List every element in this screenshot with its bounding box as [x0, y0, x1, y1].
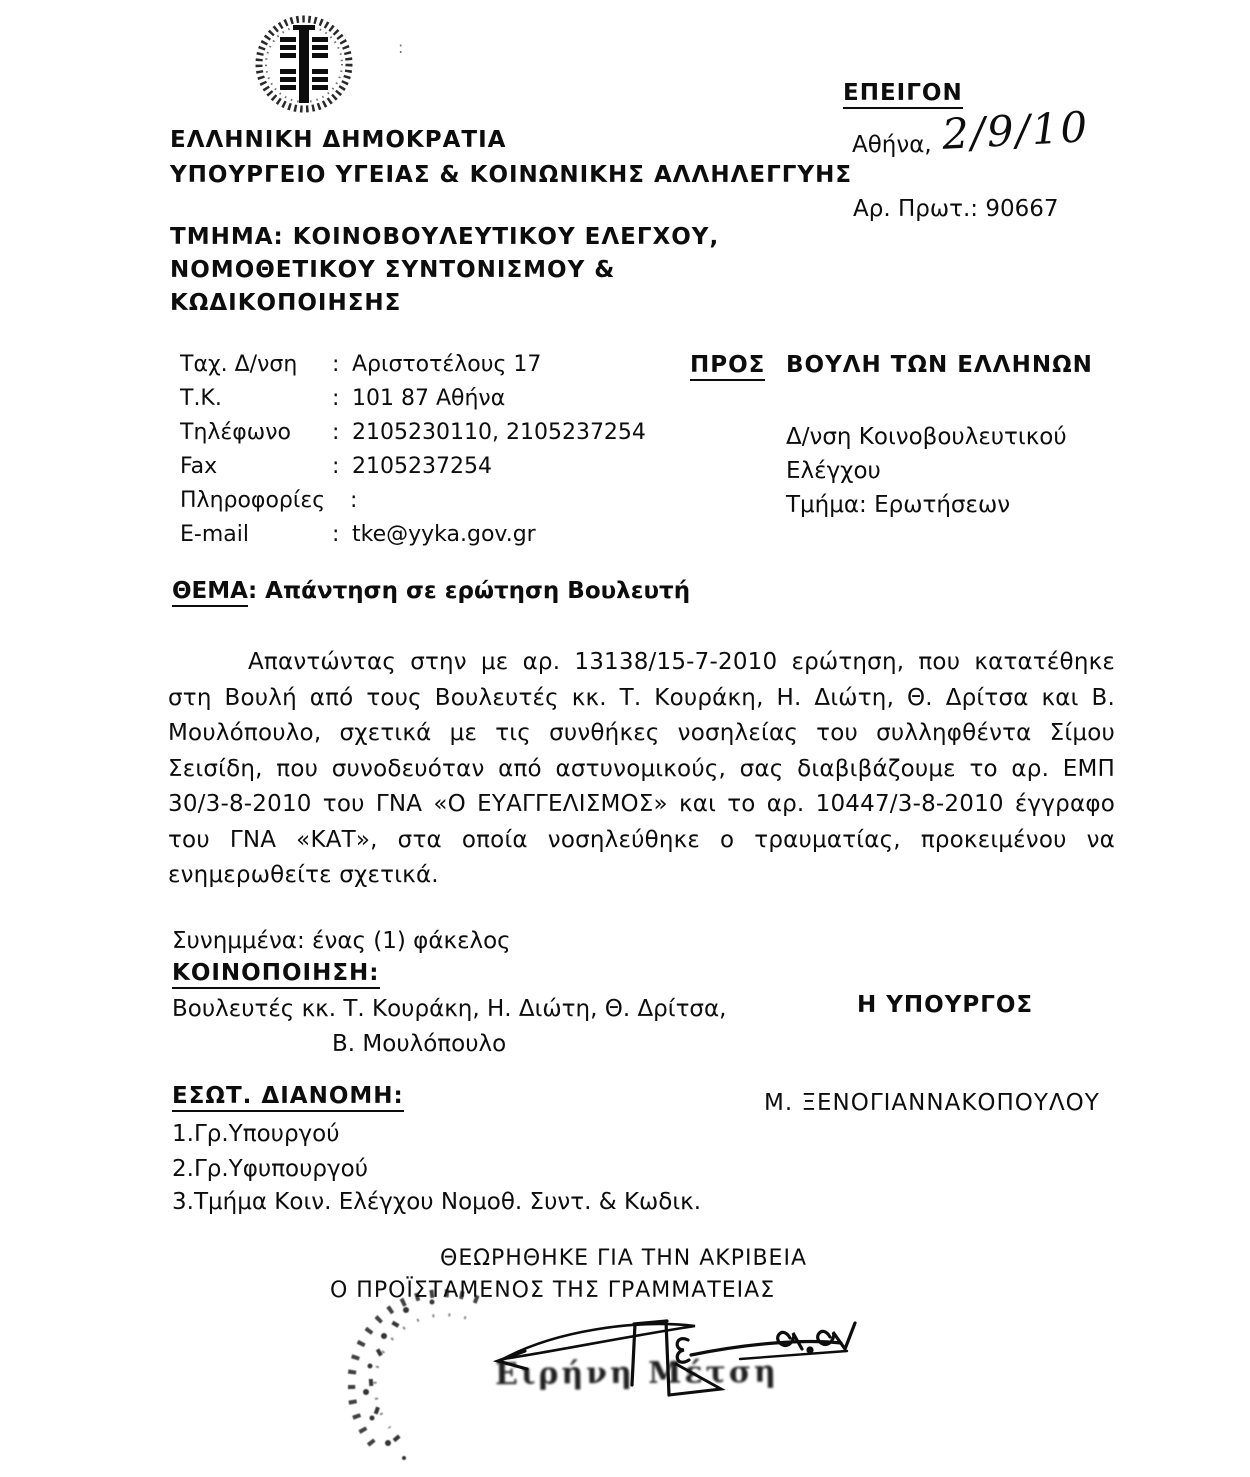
contact-row-phone: Τηλέφωνο:2105230110, 2105237254	[180, 420, 646, 445]
internal-distribution-item: 2.Γρ.Υφυπουργού	[172, 1156, 368, 1182]
contact-label: Ταχ. Δ/νση	[180, 352, 332, 377]
stamp-name: Ειρήνη Μέτση	[495, 1355, 779, 1392]
department-line-3: ΚΩΔΙΚΟΠΟΙΗΣΗΣ	[170, 290, 401, 316]
department-line-2: ΝΟΜΟΘΕΤΙΚΟΥ ΣΥΝΤΟΝΙΣΜΟΥ &	[170, 257, 615, 283]
contact-value: 2105237254	[352, 454, 492, 479]
contact-value: 101 87 Αθήνα	[352, 386, 505, 411]
department-line-1: ΤΜΗΜΑ: ΚΟΙΝΟΒΟΥΛΕΥΤΙΚΟΥ ΕΛΕΓΧΟΥ,	[170, 224, 719, 250]
contact-label: Πληροφορίες	[180, 488, 350, 513]
subject-text: Απάντηση σε ερώτηση Βουλευτή	[265, 578, 690, 604]
contact-label: Τ.Κ.	[180, 386, 332, 411]
attachments-line: Συνημμένα: ένας (1) φάκελος	[172, 928, 511, 954]
scan-artifact: :	[398, 38, 403, 57]
minister-title: Η ΥΠΟΥΡΓΟΣ	[857, 992, 1033, 1018]
contact-row-email: E-mail:tke@yyka.gov.gr	[180, 522, 536, 547]
body-paragraph: Απαντώντας στην με αρ. 13138/15-7-2010 ε…	[168, 645, 1115, 894]
republic-title: ΕΛΛΗΝΙΚΗ ΔΗΜΟΚΡΑΤΙΑ	[170, 127, 506, 153]
handwritten-date: 2/9/10	[941, 102, 1091, 159]
cc-line-2: Β. Μουλόπουλο	[332, 1031, 506, 1057]
round-ink-stamp-icon	[348, 1288, 508, 1473]
ministry-title: ΥΠΟΥΡΓΕΙΟ ΥΓΕΙΑΣ & ΚΟΙΝΩΝΙΚΗΣ ΑΛΛΗΛΕΓΓΥΗ…	[170, 162, 852, 188]
urgency-stamp: ΕΠΕΙΓΟΝ	[843, 80, 963, 109]
protocol-number: 90667	[985, 196, 1058, 222]
city-label: Αθήνα,	[852, 132, 932, 158]
contact-label: E-mail	[180, 522, 332, 547]
contact-row-postcode: Τ.Κ.:101 87 Αθήνα	[180, 386, 505, 411]
to-label: ΠΡΟΣ	[690, 352, 765, 381]
subject-label: ΘΕΜΑ	[172, 578, 248, 607]
cc-line-1: Βουλευτές κκ. Τ. Κουράκη, Η. Διώτη, Θ. Δ…	[172, 996, 726, 1022]
contact-row-info: Πληροφορίες:	[180, 488, 370, 513]
contact-label: Fax	[180, 454, 332, 479]
greek-coat-of-arms-icon	[253, 13, 355, 115]
contact-row-address: Ταχ. Δ/νση:Αριστοτέλους 17	[180, 352, 541, 377]
cc-label: ΚΟΙΝΟΠΟΙΗΣΗ:	[172, 960, 380, 989]
recipient-line-3: Τμήμα: Ερωτήσεων	[786, 492, 1010, 518]
contact-row-fax: Fax:2105237254	[180, 454, 492, 479]
recipient-line-2: Ελέγχου	[786, 458, 881, 484]
contact-value: 2105230110, 2105237254	[352, 420, 646, 445]
contact-label: Τηλέφωνο	[180, 420, 332, 445]
internal-distribution-label: ΕΣΩΤ. ΔΙΑΝΟΜΗ:	[172, 1083, 404, 1112]
handwritten-signature-icon	[485, 1293, 860, 1411]
recipient-name: ΒΟΥΛΗ ΤΩΝ ΕΛΛΗΝΩΝ	[786, 352, 1093, 378]
protocol-line: Αρ. Πρωτ.: 90667	[853, 196, 1059, 222]
internal-distribution-item: 1.Γρ.Υπουργού	[172, 1121, 340, 1147]
minister-name: Μ. ΞΕΝΟΓΙΑΝΝΑΚΟΠΟΥΛΟΥ	[764, 1090, 1100, 1116]
internal-distribution-item: 3.Τμήμα Κοιν. Ελέγχου Νομοθ. Συντ. & Κωδ…	[172, 1189, 701, 1215]
recipient-line-1: Δ/νση Κοινοβουλευτικού	[786, 424, 1067, 450]
subject-line: ΘΕΜΑ: Απάντηση σε ερώτηση Βουλευτή	[172, 578, 690, 604]
contact-value: tke@yyka.gov.gr	[352, 522, 536, 547]
protocol-label: Αρ. Πρωτ.:	[853, 196, 978, 222]
certification-line-1: ΘΕΩΡΗΘΗΚΕ ΓΙΑ ΤΗΝ ΑΚΡΙΒΕΙΑ	[440, 1246, 807, 1271]
contact-value: Αριστοτέλους 17	[352, 352, 541, 377]
document-page: : ΕΛΛΗΝΙΚΗ ΔΗΜΟΚΡΑΤΙΑ ΥΠΟΥΡΓΕΙΟ ΥΓΕΙΑΣ &…	[0, 0, 1250, 1477]
